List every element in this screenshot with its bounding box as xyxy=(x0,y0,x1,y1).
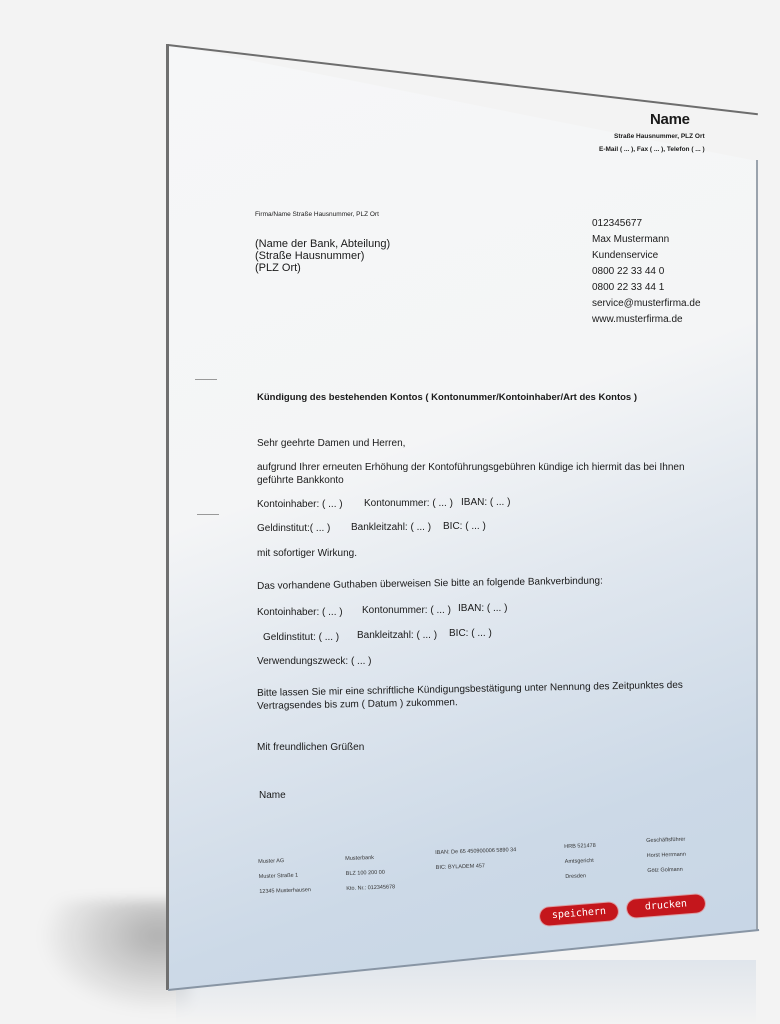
footer-line: BLZ 100 200 00 xyxy=(346,865,395,882)
contact-phone: 0800 22 33 44 0 xyxy=(592,264,701,280)
contact-email: service@musterfirma.de xyxy=(592,296,701,312)
return-address: Firma/Name Straße Hausnummer, PLZ Ort xyxy=(255,211,379,218)
bank-name: Geldinstitut:( ... ) xyxy=(257,523,330,534)
account-number: Kontonummer: ( ... ) xyxy=(362,605,451,616)
bank-bic: BIC: ( ... ) xyxy=(449,628,492,639)
footer-company: Muster AG Muster Straße 1 12345 Musterha… xyxy=(258,853,311,900)
signature-name: Name xyxy=(259,790,286,801)
footer-management: Geschäftsführer Horst Herrmann Götz Golm… xyxy=(646,833,687,879)
footer-line: Horst Herrmann xyxy=(647,848,687,864)
recipient-line: (Straße Hausnummer) xyxy=(255,250,390,262)
footer-line: Amtsgericht xyxy=(565,854,597,870)
footer-line: IBAN: De 65 450900006 5890 34 xyxy=(435,843,517,861)
footer-line: BIC: BYLADEM 457 xyxy=(436,858,518,876)
recipient-line: (PLZ Ort) xyxy=(255,262,390,274)
footer-line: Götz Golmann xyxy=(647,863,687,879)
footer-line: Kto. Nr.: 012345678 xyxy=(346,880,395,897)
bank-bic: BIC: ( ... ) xyxy=(443,521,486,532)
closing-text: Mit freundlichen Grüßen xyxy=(257,742,364,753)
bank-name: Geldinstitut: ( ... ) xyxy=(263,632,339,643)
payment-purpose: Verwendungszweck: ( ... ) xyxy=(257,656,372,667)
contact-person: Max Mustermann xyxy=(592,232,701,248)
sender-contact: E-Mail ( ... ), Fax ( ... ), Telefon ( .… xyxy=(599,146,705,153)
intro-text: geführte Bankkonto xyxy=(257,475,344,486)
footer-iban: IBAN: De 65 450900006 5890 34 BIC: BYLAD… xyxy=(435,843,517,876)
contact-department: Kundenservice xyxy=(592,248,701,264)
recipient-line: (Name der Bank, Abteilung) xyxy=(255,238,390,250)
salutation: Sehr geehrte Damen und Herren, xyxy=(257,438,405,449)
account-iban: IBAN: ( ... ) xyxy=(458,603,507,614)
sender-address: Straße Hausnummer, PLZ Ort xyxy=(614,133,705,140)
page-edge xyxy=(756,160,758,930)
footer-register: HRB 521478 Amtsgericht Dresden xyxy=(564,839,597,885)
fold-mark xyxy=(195,379,217,380)
page-edge xyxy=(166,44,169,990)
letter-subject: Kündigung des bestehenden Kontos ( Konto… xyxy=(257,392,637,403)
footer-line: Dresden xyxy=(565,869,597,885)
footer-bank: Musterbank BLZ 100 200 00 Kto. Nr.: 0123… xyxy=(345,850,395,897)
bank-code: Bankleitzahl: ( ... ) xyxy=(351,522,431,533)
bank-code: Bankleitzahl: ( ... ) xyxy=(357,630,437,641)
intro-text: aufgrund Ihrer erneuten Erhöhung der Kon… xyxy=(257,462,685,473)
fold-mark xyxy=(197,514,219,515)
sender-name: Name xyxy=(650,111,690,128)
recipient-address: (Name der Bank, Abteilung) (Straße Hausn… xyxy=(255,238,390,274)
contact-fax: 0800 22 33 44 1 xyxy=(592,280,701,296)
footer-line: Musterbank xyxy=(345,850,394,867)
account-iban: IBAN: ( ... ) xyxy=(461,497,510,508)
reference-number: 012345677 xyxy=(592,216,701,232)
contact-website: www.musterfirma.de xyxy=(592,312,701,328)
footer-line: HRB 521478 xyxy=(564,839,596,855)
account-holder: Kontoinhaber: ( ... ) xyxy=(257,607,343,618)
footer-line: 12345 Musterhausen xyxy=(259,883,311,900)
footer-line: Geschäftsführer xyxy=(646,833,686,849)
account-number: Kontonummer: ( ... ) xyxy=(364,498,453,509)
contact-block: 012345677 Max Mustermann Kundenservice 0… xyxy=(592,216,701,328)
effective-text: mit sofortiger Wirkung. xyxy=(257,548,357,559)
account-holder: Kontoinhaber: ( ... ) xyxy=(257,499,343,510)
